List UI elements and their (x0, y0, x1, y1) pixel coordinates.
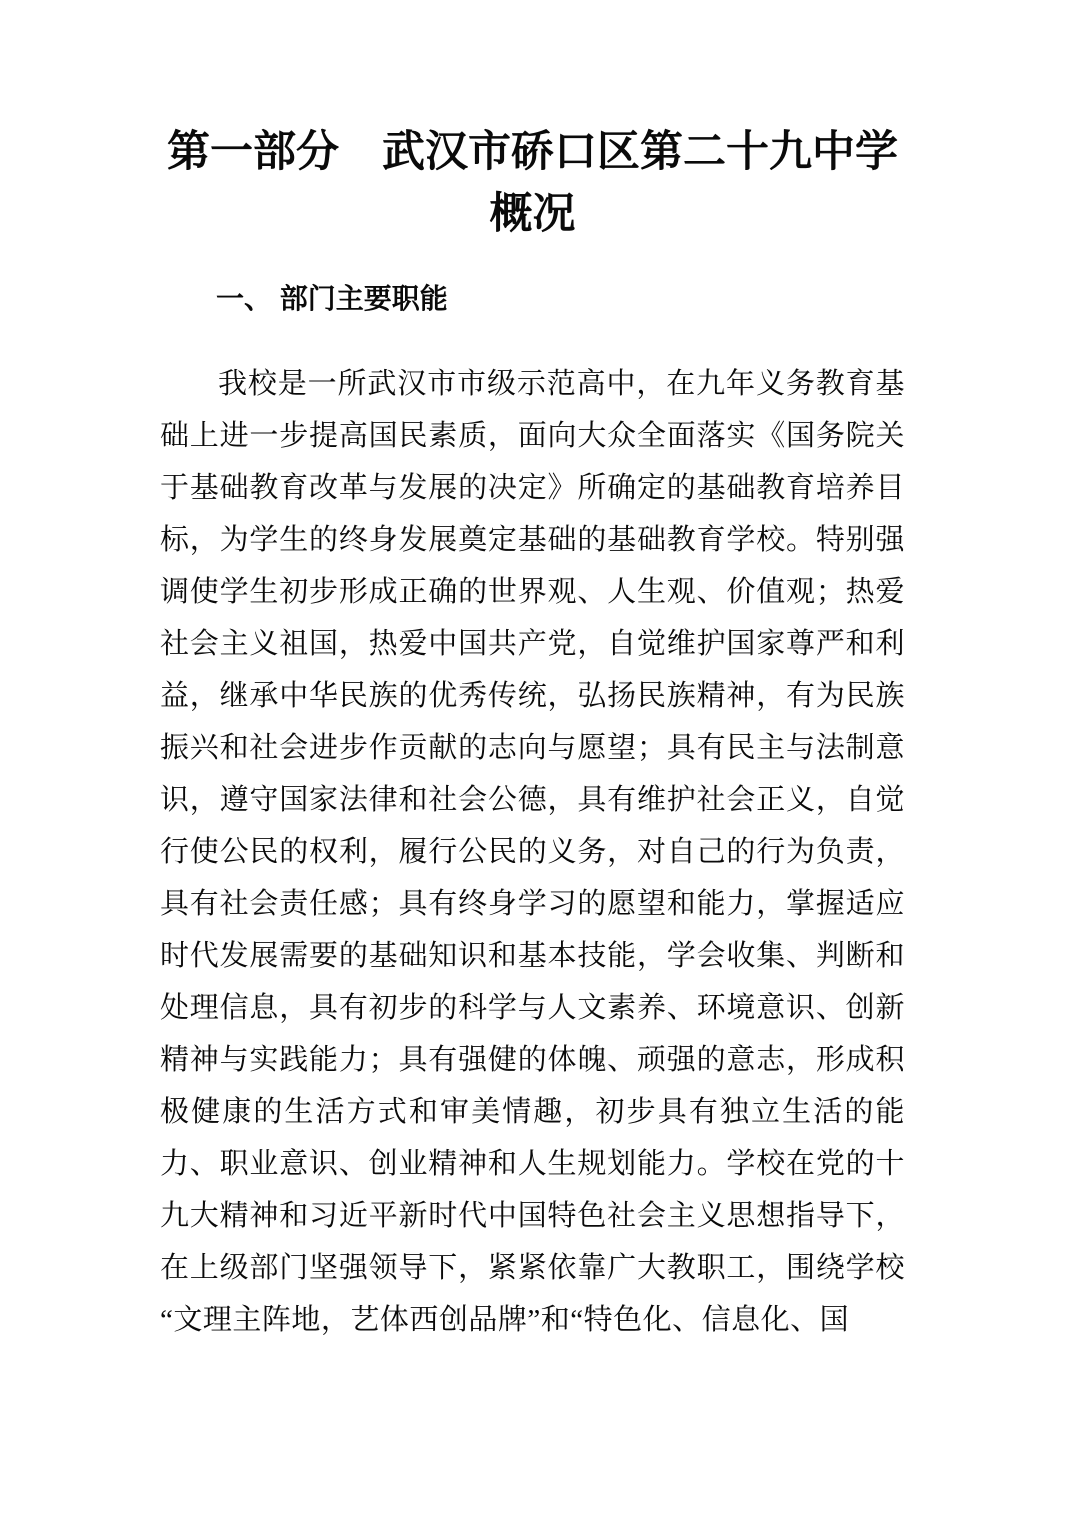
body-paragraph: 我校是一所武汉市市级示范高中，在九年义务教育基础上进一步提高国民素质，面向大众全… (160, 358, 905, 1346)
document-content: 第一部分 武汉市硚口区第二十九中学概况 一、 部门主要职能 我校是一所武汉市市级… (160, 122, 905, 1346)
document-page: 第一部分 武汉市硚口区第二十九中学概况 一、 部门主要职能 我校是一所武汉市市级… (0, 0, 1075, 1520)
section-heading: 一、 部门主要职能 (160, 280, 905, 318)
page-title: 第一部分 武汉市硚口区第二十九中学概况 (160, 122, 905, 246)
